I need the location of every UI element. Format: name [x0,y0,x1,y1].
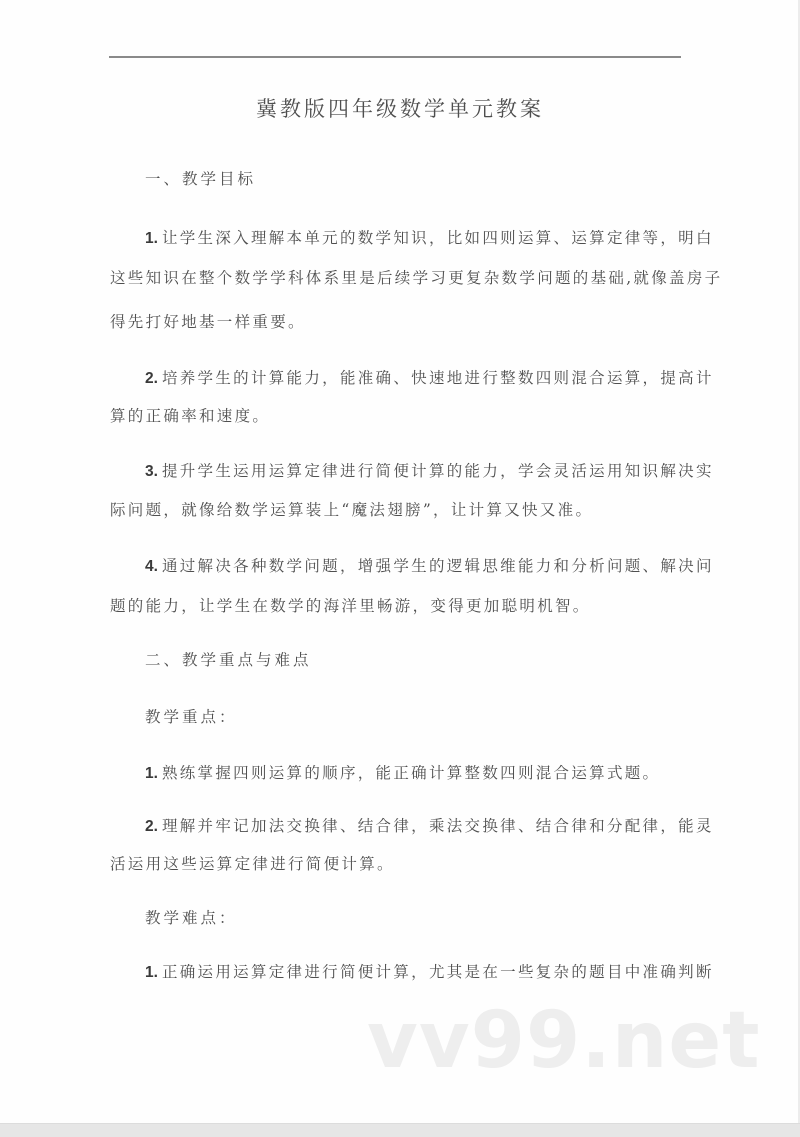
objective-3-line-2: 际问题，就像给数学运算装上“魔法翅膀”，让计算又快又准。 [110,498,685,520]
key-point-2-line-1: 2.理解并牢记加法交换律、结合律，乘法交换律、结合律和分配律，能灵 [145,814,720,836]
key-point-1: 1.熟练掌握四则运算的顺序，能正确计算整数四则混合运算式题。 [145,761,720,783]
objective-1-line-2: 这些知识在整个数学学科体系里是后续学习更复杂数学问题的基础,就像盖房子 [110,266,685,288]
objective-3-line-1: 3.提升学生运用运算定律进行简便计算的能力，学会灵活运用知识解决实 [145,459,720,481]
text: 培养学生的计算能力，能准确、快速地进行整数四则混合运算，提高计 [162,369,714,387]
text: 正确运用运算定律进行简便计算，尤其是在一些复杂的题目中准确判断 [162,963,714,981]
objective-2-line-2: 算的正确率和速度。 [110,404,685,426]
text: 熟练掌握四则运算的顺序，能正确计算整数四则混合运算式题。 [162,764,660,782]
objective-1-line-3: 得先打好地基一样重要。 [110,310,685,332]
text: 理解并牢记加法交换律、结合律，乘法交换律、结合律和分配律，能灵 [162,817,714,835]
header-rule [109,56,681,58]
difficulty-1-line-1: 1.正确运用运算定律进行简便计算，尤其是在一些复杂的题目中准确判断 [145,960,720,982]
item-number: 1. [145,765,158,782]
key-point-2-line-2: 活运用这些运算定律进行简便计算。 [110,852,685,874]
page-bottom-strip [0,1123,800,1137]
difficulties-label: 教学难点： [145,906,720,928]
document-page: 冀教版四年级数学单元教案 一、教学目标 1.让学生深入理解本单元的数学知识，比如… [0,0,800,1123]
objective-1-line-1: 1.让学生深入理解本单元的数学知识，比如四则运算、运算定律等，明白 [145,226,720,248]
objective-4-line-2: 题的能力，让学生在数学的海洋里畅游，变得更加聪明机智。 [110,594,685,616]
watermark: vv99.net [367,996,761,1086]
objective-2-line-1: 2.培养学生的计算能力，能准确、快速地进行整数四则混合运算，提高计 [145,366,720,388]
text: 通过解决各种数学问题，增强学生的逻辑思维能力和分析问题、解决问 [162,557,714,575]
text: 让学生深入理解本单元的数学知识，比如四则运算、运算定律等，明白 [162,229,714,247]
document-title: 冀教版四年级数学单元教案 [0,93,800,123]
key-points-label: 教学重点： [145,705,720,727]
item-number: 3. [145,463,158,480]
section-heading-objectives: 一、教学目标 [145,167,720,189]
text: 提升学生运用运算定律进行简便计算的能力，学会灵活运用知识解决实 [162,462,714,480]
item-number: 2. [145,370,158,387]
item-number: 2. [145,818,158,835]
objective-4-line-1: 4.通过解决各种数学问题，增强学生的逻辑思维能力和分析问题、解决问 [145,554,720,576]
item-number: 1. [145,230,158,247]
item-number: 4. [145,558,158,575]
section-heading-key-points: 二、教学重点与难点 [145,648,720,670]
item-number: 1. [145,964,158,981]
